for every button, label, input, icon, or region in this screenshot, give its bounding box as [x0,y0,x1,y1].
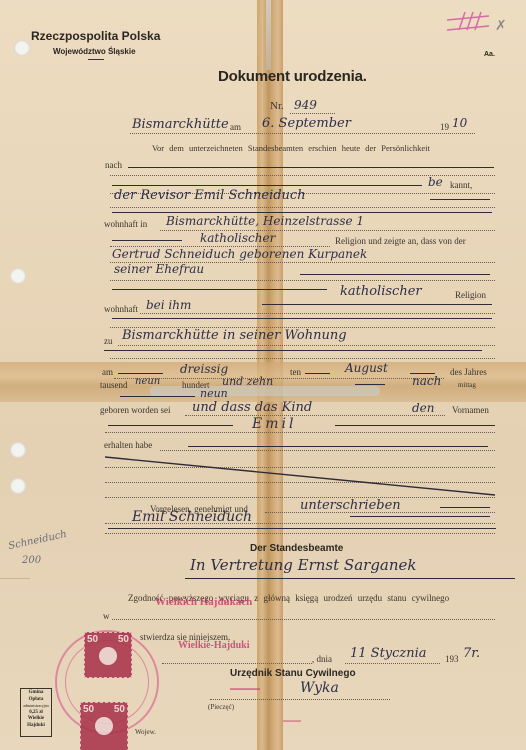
punch-hole [10,268,26,284]
punch-hole [10,478,26,494]
strike-line [112,240,182,241]
dnia-label: , dnia [312,654,332,664]
birth-certificate-document: Rzeczpospolita Polska Województwo Śląski… [0,0,526,750]
ten-label: ten [290,367,301,377]
dotted-line [210,699,390,700]
strike-line [440,507,490,508]
strike-line [305,373,330,374]
strike-line [300,274,490,275]
zu-label: zu [104,336,113,346]
strike-line [104,350,482,351]
number-dots [290,113,335,114]
intro-text: Vor dem unterzeichneten Standesbeamten e… [152,143,430,153]
divider [88,59,104,60]
informant-name: der Revisor Emil Schneiduch [114,188,306,203]
strike-line [335,425,495,426]
religion-sentence: Religion und zeigte an, dass von der [335,236,466,246]
document-title: Dokument urodzenia. [218,68,367,85]
seal-label: (Pieczęć) [208,703,234,711]
strike-line [118,373,163,374]
certification-date: 11 Stycznia [350,646,427,661]
strike-line [430,199,490,200]
fee-stamp-box: Gmina Opłata administracyjna 0,25 zł Wie… [20,688,52,737]
country-heading: Rzeczpospolita Polska [31,29,160,43]
dotted-line [105,523,495,524]
dotted-line [112,619,495,620]
woj-label: Wojew. [135,728,156,736]
dotted-line [162,663,312,664]
strike-line [262,304,492,305]
child-first-name: Emil [252,416,296,432]
dotted-line [110,358,495,359]
dotted-line [140,313,495,314]
den-hand: den [412,401,435,415]
birth-month: August [345,361,388,375]
margin-number: 200 [22,555,41,566]
cert-year-suffix: 7r. [463,646,480,661]
number-value: 949 [294,98,317,112]
registrar-title: Urzędnik Stanu Cywilnego [230,668,356,679]
dotted-line [105,432,495,433]
dotted-line [118,345,495,346]
eagle-emblem-icon [99,647,117,665]
birth-day: dreissig [180,362,228,376]
year-prefix: 19 [440,122,449,132]
signed-hand: unterschrieben [300,498,401,513]
fold-line [0,578,30,579]
mother-name: Gertrud Schneiduch geborenen Kurpanek [112,247,367,261]
revenue-stamp: 50 50 [84,632,132,678]
birth-hour: neun [200,387,228,400]
dotted-line [185,415,445,416]
stamp-value: 50 [114,704,125,715]
strike-line [355,384,385,385]
official-title: Der Standesbeamte [250,543,343,554]
wohnhaft-in-label: wohnhaft in [104,219,147,229]
strike-line [188,446,488,447]
informant-address: Bismarckhütte, Heinzelstrasse 1 [166,214,364,228]
dotted-line [110,207,495,208]
geboren-label: geboren worden sei [100,405,170,415]
registration-place: Bismarckhütte [132,117,229,132]
corner-checkmark: ✗ [495,18,507,35]
stamp-value: 50 [83,704,94,715]
registration-date: 6. September [262,116,351,131]
be-hand: be [428,175,443,189]
year-suffix: 10 [452,116,467,130]
fee-line: Hajduki [21,723,51,730]
religion-label: Religion [455,290,486,300]
kannt-label: kannt, [450,180,472,190]
stamp-value: 50 [87,634,98,645]
year-thousand: neun [135,376,160,387]
wohnhaft-label: wohnhaft [104,304,138,314]
mittags-label: mittag [458,381,476,389]
mother-religion: katholischer [340,284,422,299]
informant-religion: katholischer [200,231,275,245]
voivodeship-subheading: Województwo Śląskie [53,47,136,56]
dotted-line [345,663,440,664]
cert-year-prefix: 193 [445,654,459,664]
birthplace: Bismarckhütte in seiner Wohnung [122,328,347,343]
dotted-line [114,378,444,379]
dotted-line [105,533,495,534]
corner-tally-mark [447,10,489,32]
registrar-signature: Wyka [300,680,339,696]
registrar-stamp-line: ▬▬▬▬▬ [230,686,260,692]
am-label: am [102,367,113,377]
mother-relation: seiner Ehefrau [114,262,204,276]
tausend-label: tausend [100,380,128,390]
strike-line [112,212,492,213]
dotted-line [130,133,475,134]
stamp-value: 50 [118,634,129,645]
strike-line [108,528,496,529]
form-code: Aa. [484,51,495,58]
faded-stamp: ▬▬▬ [283,718,301,724]
strike-line [350,516,490,517]
birth-year-words: und zehn [222,375,273,388]
strike-line [128,167,494,168]
margin-note: Schneiduch [8,529,68,552]
eagle-emblem-icon [95,717,113,735]
strike-line [120,396,195,397]
vornamen-label: Vornamen [452,405,489,415]
punch-hole [10,442,26,458]
place-stamp: Wielkich Hajdukach [155,596,252,608]
official-signature: In Vertretung Ernst Sarganek [190,556,417,574]
nach-label: nach [105,160,122,170]
strike-line [108,425,233,426]
erhalten-label: erhalten habe [104,440,152,450]
child-statement: und dass das Kind [192,400,312,415]
strike-line [112,318,492,319]
town-stamp: Wielkie-Hajduki [178,640,250,651]
dotted-line [265,512,495,513]
w-label: w [103,611,110,621]
cancel-diagonal-line [105,455,497,497]
nach-hand: nach [412,374,441,388]
fee-line: administracyjna [21,703,51,710]
dotted-line [160,450,495,451]
strike-line [112,185,422,186]
number-label: Nr. [270,100,284,112]
dotted-line [110,280,495,281]
strike-line [112,289,327,290]
am-label: am [230,122,241,132]
revenue-stamp: 50 50 [80,702,128,750]
des-jahres-label: des Jahres [450,367,487,377]
signature-line [185,578,515,579]
mother-residence: bei ihm [146,298,191,312]
punch-hole [14,40,30,56]
